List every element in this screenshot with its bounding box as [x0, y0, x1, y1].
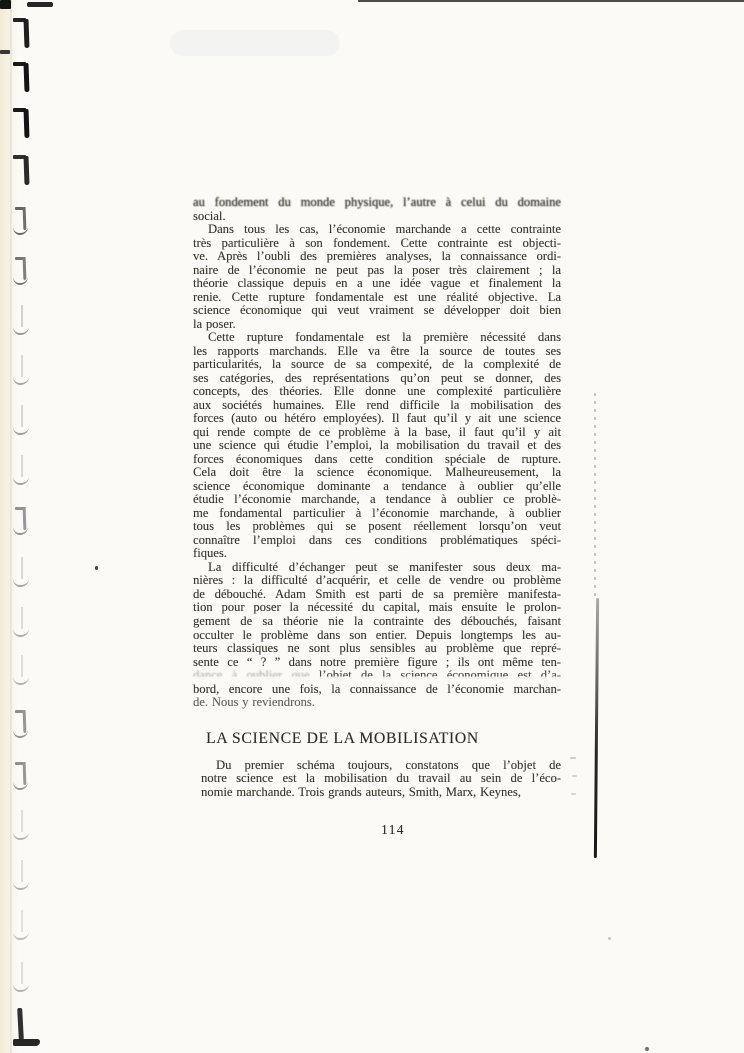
binding-mark [13, 860, 33, 894]
binding-mark [13, 708, 33, 742]
page-number: 114 [193, 822, 561, 838]
text-line: teurs classiques ne sont plus sensibles … [193, 642, 561, 656]
text-line: de. Nous y reviendrons. [193, 696, 561, 710]
binding-mark [13, 18, 33, 52]
scan-speck [572, 775, 577, 777]
binding-mark [13, 108, 33, 142]
text-line: nomie marchande. Trois grands auteurs, S… [201, 786, 561, 800]
paragraph: Cette rupture fondamentale est la premiè… [193, 331, 561, 561]
text-fragment: l’objet de la science économique est d’a… [319, 669, 561, 682]
scan-speck [95, 566, 98, 570]
text-line: forces économiques dans cette condition … [193, 453, 561, 467]
paragraph: Du premier schéma toujours, constatons q… [201, 759, 561, 800]
text-line: de débouché. Adam Smith est parti de sa … [193, 588, 561, 602]
text-line: théorie classique depuis en a une idée v… [193, 277, 561, 291]
text-line: Cela doit être la science économique. Ma… [193, 466, 561, 480]
scan-speck [594, 393, 596, 601]
binding-mark [13, 155, 33, 189]
binding-mark [13, 305, 33, 339]
binding-mark [13, 760, 33, 794]
text-line: notre science est la mobilisation du tra… [201, 772, 561, 786]
scan-speck [0, 50, 10, 54]
binding-mark [13, 205, 33, 239]
paragraph: Dans tous les cas, l’économie marchande … [193, 223, 561, 331]
scan-speck [608, 937, 611, 940]
text-line: me fondamental particulier à l’économie … [193, 507, 561, 521]
text-line: ses catégories, des représentations qu’o… [193, 372, 561, 386]
text-line: les rapports marchands. Elle va être la … [193, 345, 561, 359]
text-line: science économique qui veut vraiment se … [193, 304, 561, 318]
text-line: particularités, la source de sa compexit… [193, 358, 561, 372]
scan-speck [358, 0, 744, 2]
binding-mark [13, 355, 33, 389]
binding-mark [13, 607, 33, 641]
text-line: étudie l’économie marchande, a tendance … [193, 493, 561, 507]
scan-speck [594, 598, 599, 858]
scanned-book-page: au fondement du monde physique, l’autre … [0, 0, 744, 1053]
text-line: ve. Après l’oubli des premières analyses… [193, 250, 561, 264]
binding-mark [13, 505, 33, 539]
text-line: connaître l’emploi dans ces conditions p… [193, 534, 561, 548]
scan-speck [645, 1047, 649, 1051]
text-line: tion pour poser la nécessité du capital,… [193, 601, 561, 615]
body-text-lower: Du premier schéma toujours, constatons q… [193, 759, 561, 800]
binding-mark [13, 655, 33, 689]
text-line: concepts, des théories. Elle donne une c… [193, 385, 561, 399]
text-line: Dans tous les cas, l’économie marchande … [193, 223, 561, 237]
page-edge-shadow [10, 0, 12, 1053]
body-text-upper: au fondement du monde physique, l’autre … [193, 196, 561, 710]
scan-speck [27, 2, 53, 7]
scan-speck [571, 793, 576, 795]
text-line: gement de sa théorie nie la contrainte d… [193, 615, 561, 629]
binding-mark [13, 557, 33, 591]
text-line: Cette rupture fondamentale est la premiè… [193, 331, 561, 345]
text-line: renie. Cette rupture fondamentale est un… [193, 291, 561, 305]
text-line: forces (auto ou hétéro employées). Il fa… [193, 412, 561, 426]
paragraph: La difficulté d’échanger peut se manifes… [193, 561, 561, 710]
text-line: aux sociétés humaines. Elle rend diffici… [193, 399, 561, 413]
paragraph: au fondement du monde physique, l’autre … [193, 196, 561, 223]
binding-mark [13, 62, 33, 96]
text-line: très particulière à son fondement. Cette… [193, 237, 561, 251]
text-line: nières : la difficulté d’acquérir, et ce… [193, 574, 561, 588]
section-heading: LA SCIENCE DE LA MOBILISATION [206, 730, 561, 747]
scan-speck [170, 30, 340, 56]
binding-mark [13, 1008, 33, 1042]
text-line: qui rende compte de ce problème à la bas… [193, 426, 561, 440]
text-line: au fondement du monde physique, l’autre … [193, 196, 561, 210]
text-line: naire de l’économie ne peut pas la poser… [193, 264, 561, 278]
binding-mark [13, 455, 33, 489]
text-line: Du premier schéma toujours, constatons q… [201, 759, 561, 773]
binding-mark [13, 810, 33, 844]
binding-mark [13, 962, 33, 996]
text-line: social. [193, 210, 561, 224]
text-line: la poser. [193, 318, 561, 332]
binding-mark [13, 255, 33, 289]
text-line: dance à oublier que l’objet de la scienc… [193, 669, 561, 683]
binding-mark [13, 405, 33, 439]
text-line: fiques. [193, 547, 561, 561]
text-line: une science qui étudie l’emploi, la mobi… [193, 439, 561, 453]
binding-mark [13, 910, 33, 944]
text-column: au fondement du monde physique, l’autre … [193, 196, 561, 838]
text-line: science économique dominante a tendance … [193, 480, 561, 494]
scan-speck [570, 757, 576, 759]
scan-speck [0, 0, 11, 9]
text-line: occulter le problème dans son entier. De… [193, 629, 561, 643]
text-fragment: dance à oublier que [193, 669, 319, 682]
text-line: sente ce “ ? ” dans notre première figur… [193, 656, 561, 670]
text-line: La difficulté d’échanger peut se manifes… [193, 561, 561, 575]
text-line: bord, encore une fois, la connaissance d… [193, 683, 561, 697]
text-line: tous les problèmes qui se posent réellem… [193, 520, 561, 534]
